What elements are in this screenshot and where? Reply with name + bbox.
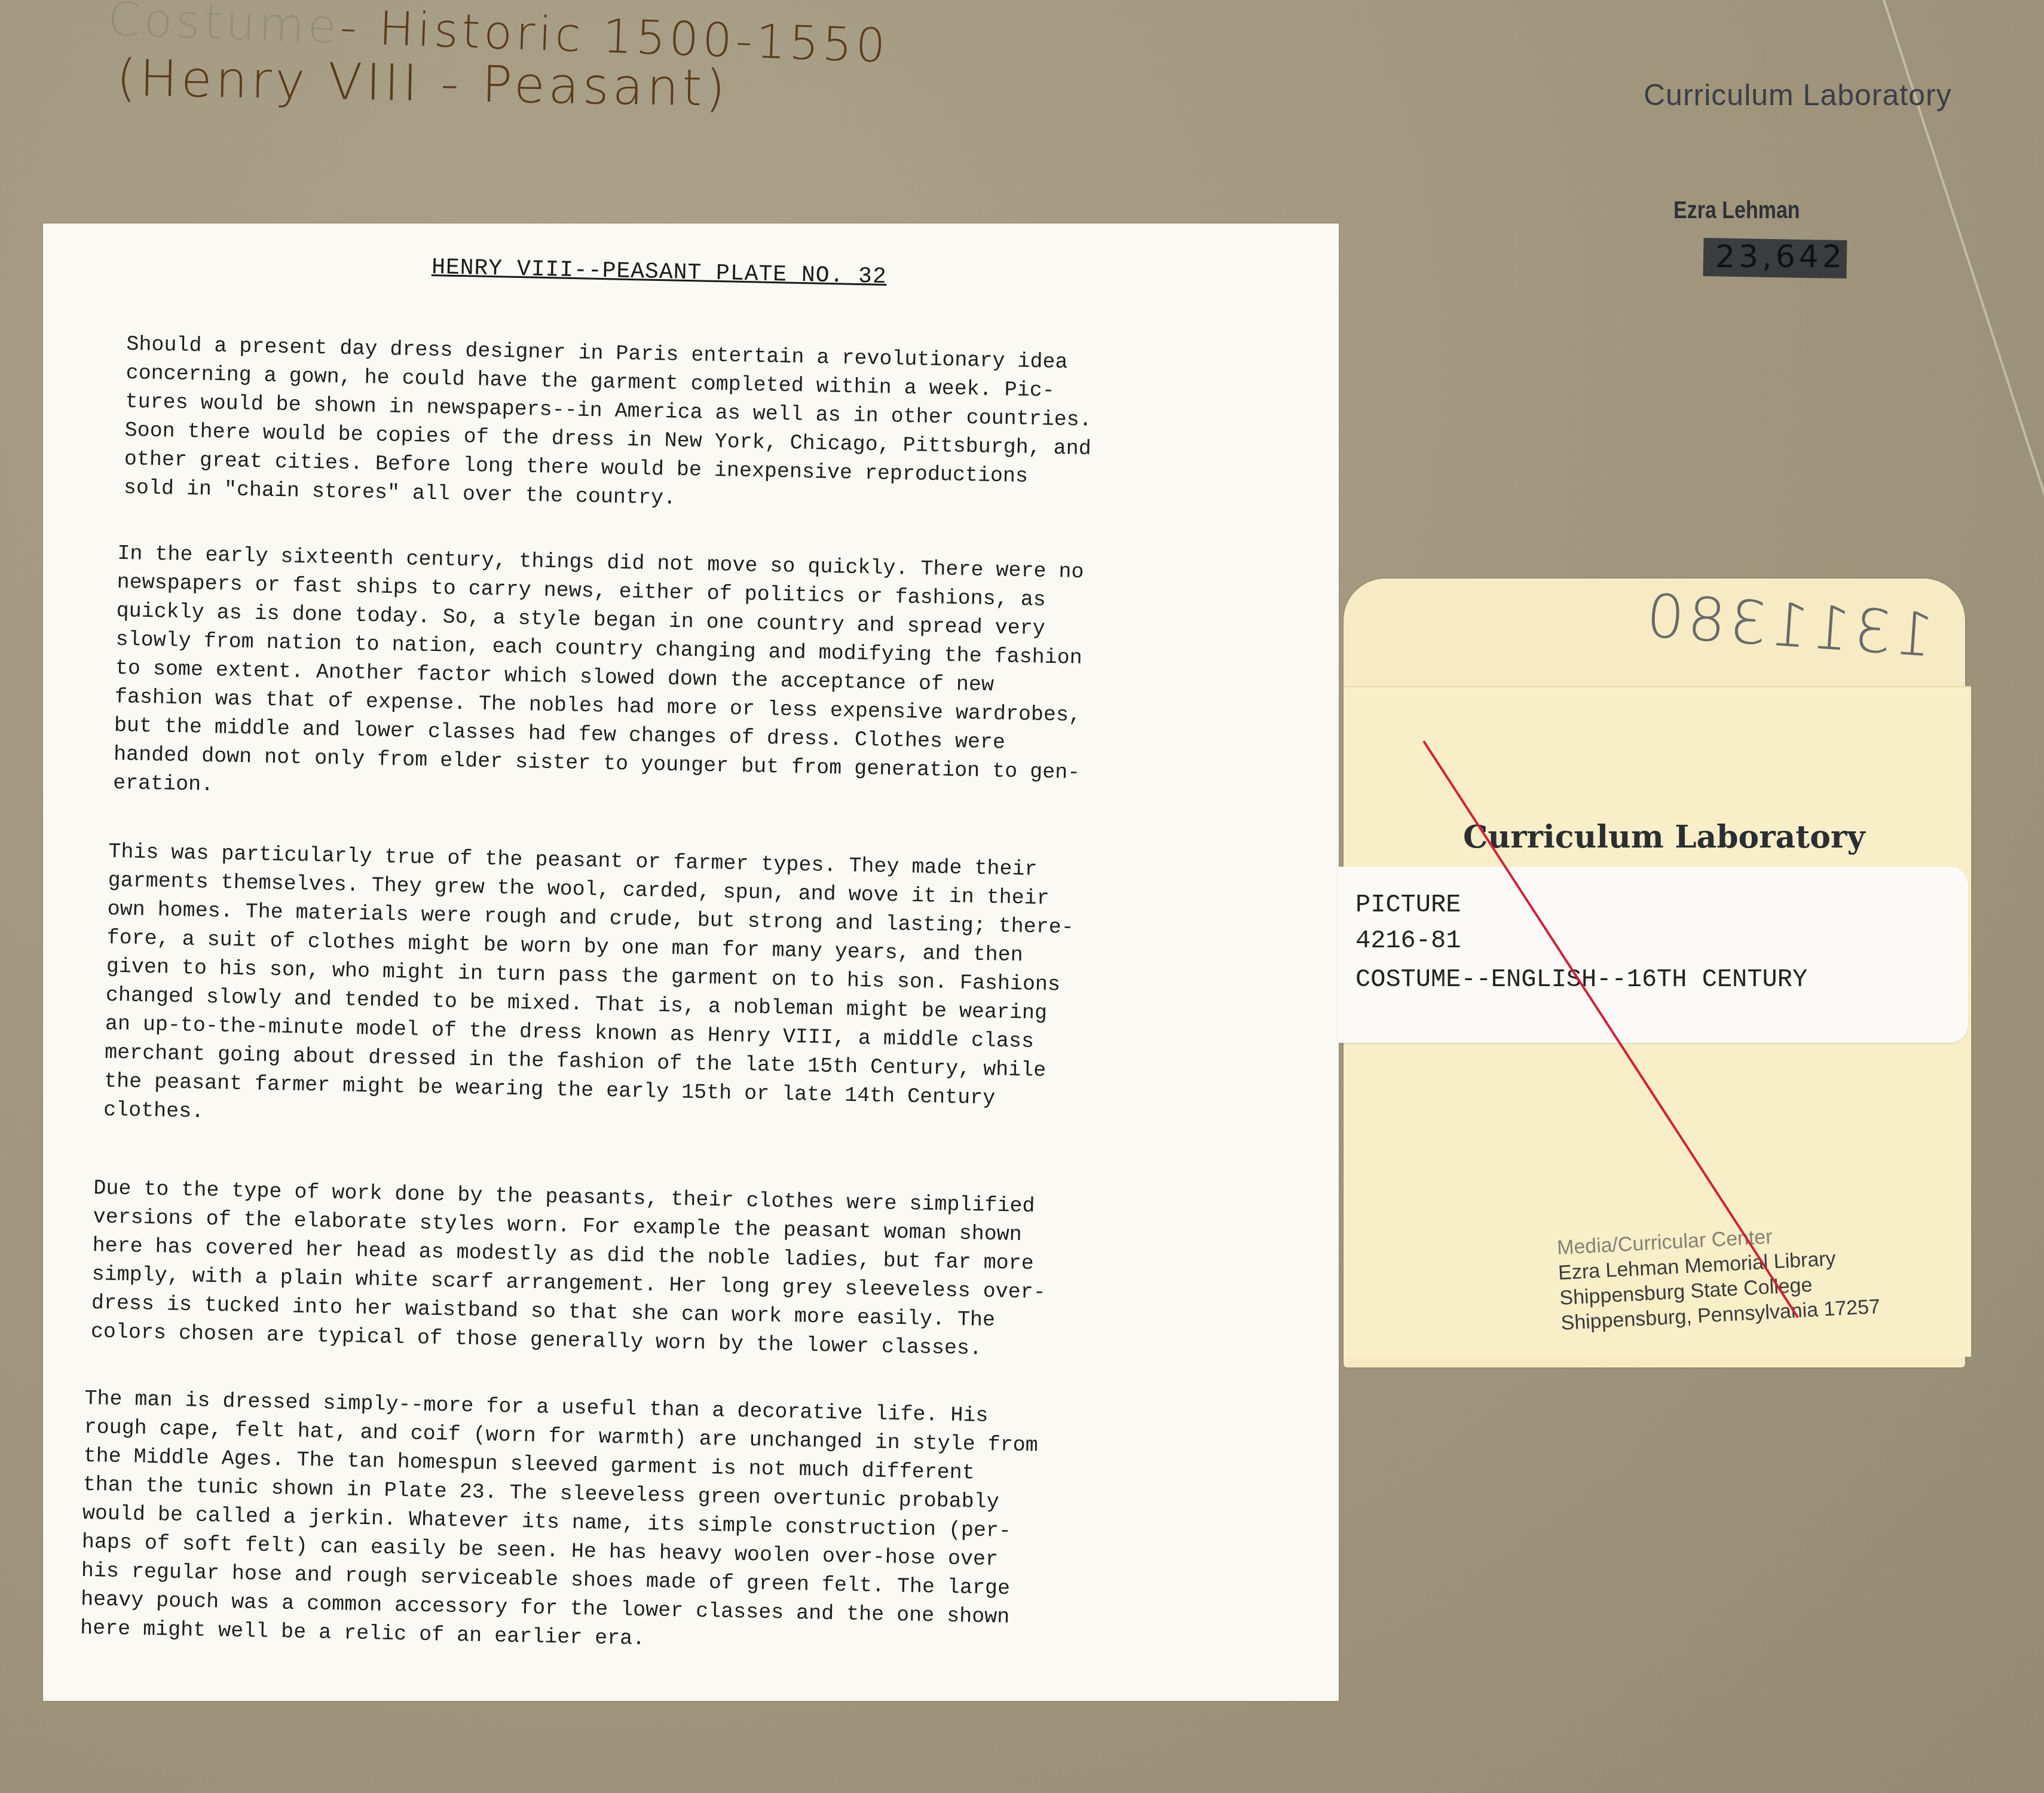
curriculum-laboratory-stamp: Curriculum Laboratory: [1644, 78, 1952, 112]
library-address-stamp: Media/Curricular Center Ezra Lehman Memo…: [1556, 1219, 1881, 1336]
handwritten-subject-label: (Henry VIII - Peasant): [116, 48, 729, 118]
label-type: PICTURE: [1355, 891, 1461, 919]
paragraph-1: Should a present day dress designer in P…: [123, 330, 1369, 526]
handwritten-category-faint: Costume: [107, 0, 341, 54]
paragraph-4: Due to the type of work done by the peas…: [90, 1174, 1336, 1370]
paragraph-3: This was particularly true of the peasan…: [103, 837, 1352, 1148]
label-call-number: 4216-81: [1355, 926, 1461, 955]
library-stamp: Ezra Lehman: [1673, 197, 1800, 224]
paragraph-5: The man is dressed simply--more for a us…: [80, 1384, 1328, 1666]
typed-description-sheet: HENRY VIII--PEASANT PLATE NO. 32 Should …: [43, 224, 1339, 1701]
catalog-label: PICTURE 4216-81 COSTUME--ENGLISH--16TH C…: [1338, 867, 1968, 1043]
card-curriculum-stamp: Curriculum Laboratory: [1463, 819, 1865, 855]
handwritten-pocket-number: 1311380: [1641, 580, 1936, 671]
accession-number: 23,642: [1715, 239, 1846, 275]
document-title: HENRY VIII--PEASANT PLATE NO. 32: [432, 255, 887, 290]
library-card-pocket: 1311380 Curriculum Laboratory PICTURE 42…: [1344, 579, 1965, 1367]
paragraph-2: In the early sixteenth century, things d…: [113, 539, 1361, 821]
label-subject: COSTUME--ENGLISH--16TH CENTURY: [1355, 965, 1807, 994]
